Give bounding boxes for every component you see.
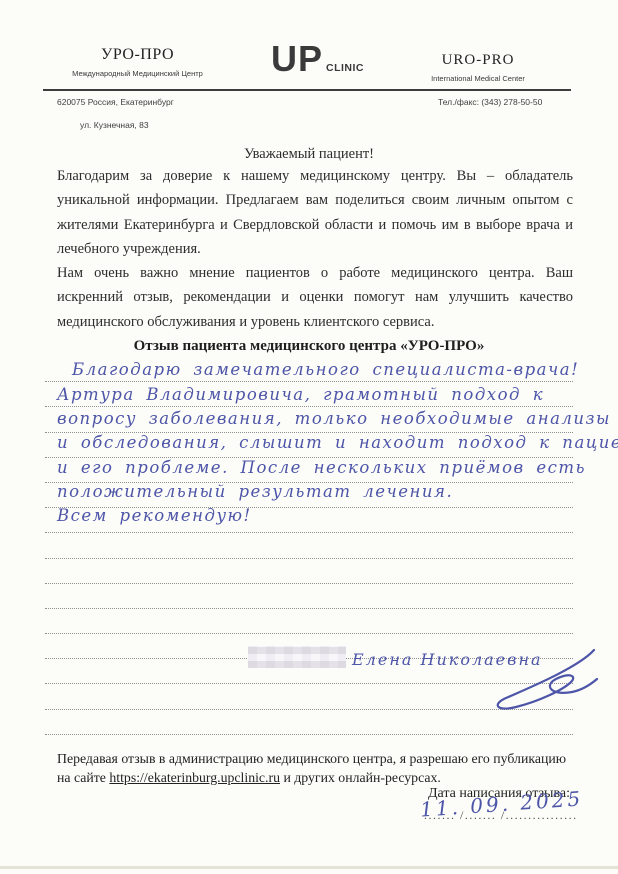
ruling-line (45, 584, 573, 609)
handwritten-review-line: и его проблеме. После нескольких приёмов… (57, 458, 586, 477)
signature-stroke (490, 644, 600, 712)
handwritten-review-line: вопросу заболевания, только необходимые … (57, 409, 611, 428)
clinic-subtitle-ru: Международный Медицинский Центр (55, 69, 220, 78)
handwritten-review-line: Всем рекомендую! (57, 506, 252, 525)
clinic-logo-ru: УРО-ПРО Международный Медицинский Центр (55, 46, 220, 78)
address-line-1: 620075 Россия, Екатеринбург (57, 97, 174, 107)
ruling-line (45, 710, 573, 735)
consent-line-2-prefix: на сайте (57, 770, 109, 785)
header-divider (43, 89, 571, 91)
redacted-surname-block (248, 646, 346, 668)
logo-up-text: UP (271, 38, 323, 79)
ruling-line (45, 559, 573, 584)
greeting: Уважаемый пациент! (0, 146, 618, 163)
up-clinic-logo: UPCLINIC (271, 38, 364, 80)
scan-bottom-edge (0, 866, 618, 869)
clinic-name-en: URO-PRO (398, 52, 558, 69)
clinic-subtitle-en: International Medical Center (398, 74, 558, 83)
paragraph-1: Благодарим за доверие к нашему медицинск… (57, 164, 573, 262)
paragraph-2: Нам очень важно мнение пациентов о работ… (57, 261, 573, 334)
review-heading: Отзыв пациента медицинского центра «УРО-… (0, 338, 618, 355)
address-line-2: ул. Кузнечная, 83 (80, 120, 149, 130)
ruling-line (45, 533, 573, 558)
logo-clinic-text: CLINIC (326, 62, 364, 74)
clinic-name-ru: УРО-ПРО (55, 46, 220, 64)
phone-fax: Тел./факс: (343) 278-50-50 (438, 97, 542, 107)
handwritten-review-line: Артура Владимировича, грамотный подход к (57, 385, 544, 404)
consent-line-1: Передавая отзыв в администрацию медицинс… (57, 751, 566, 766)
handwritten-review-line: Благодарю замечательного специалиста-вра… (72, 360, 579, 379)
consent-line-2-suffix: и других онлайн-ресурсах. (280, 770, 441, 785)
clinic-url-link: https://ekaterinburg.upclinic.ru (109, 770, 280, 785)
handwritten-review-line: и обследования, слышит и находит подход … (57, 433, 618, 452)
scanned-letter-page: УРО-ПРО Международный Медицинский Центр … (0, 0, 618, 874)
ruling-line (45, 609, 573, 634)
consent-paragraph: Передавая отзыв в администрацию медицинс… (57, 749, 579, 788)
handwritten-review-line: положительный результат лечения. (57, 482, 453, 501)
clinic-logo-en: URO-PRO International Medical Center (398, 52, 558, 83)
